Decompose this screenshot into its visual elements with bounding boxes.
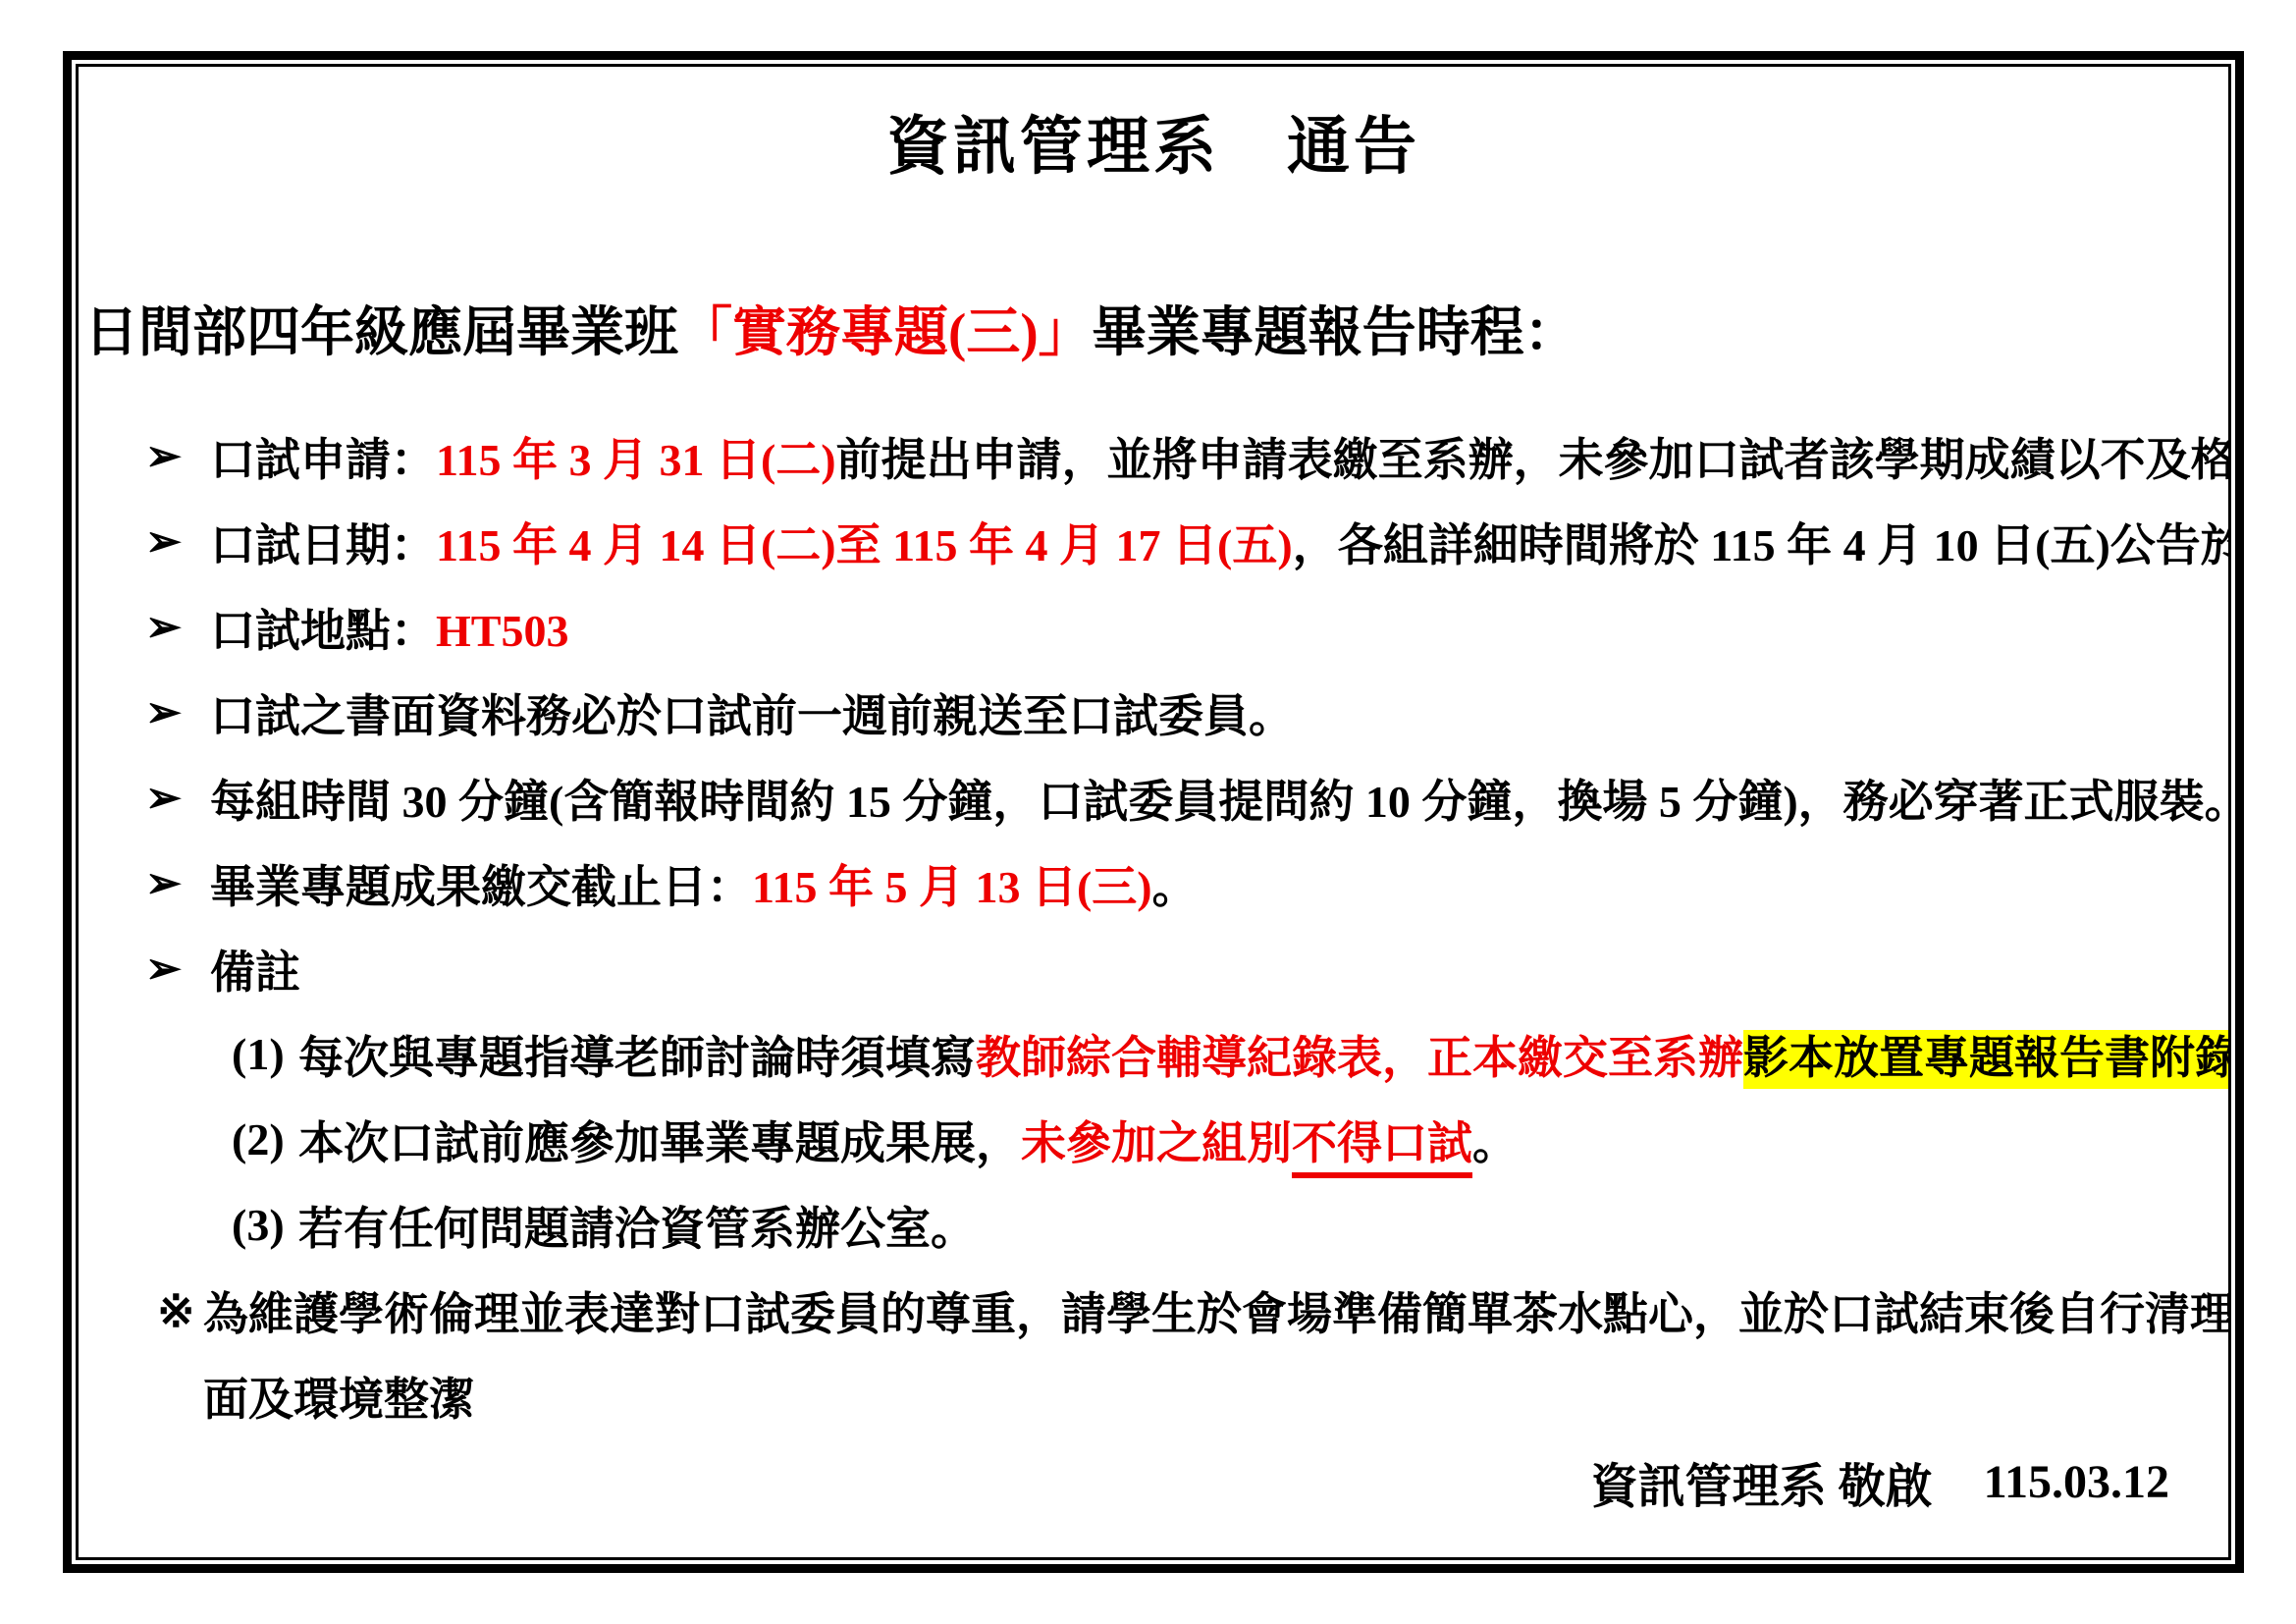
- notice-inner-border: 資訊管理系 通告 日間部四年級應屆畢業班「實務專題(三)」畢業專題報告時程： ➢…: [76, 64, 2231, 1560]
- bullet-list: ➢ 口試申請：115 年 3 月 31 日(二)前提出申請，並將申請表繳至系辦，…: [82, 413, 2224, 1525]
- note-number: (1): [232, 1028, 298, 1080]
- date-segment: 115 年 5 月 13 日(三): [752, 862, 1152, 912]
- footnote-text: 為維護學術倫理並表達對口試委員的尊重，請學生於會場準備簡單茶水點心，並於口試結束…: [203, 1278, 2231, 1343]
- text-segment: 前提出申請，並將申請表繳至系辦，未參加口試者該學期成績以不及格論。: [836, 435, 2231, 485]
- text-segment: 口試地點：: [210, 606, 436, 656]
- bullet-oral-date: ➢ 口試日期：115 年 4 月 14 日(二)至 115 年 4 月 17 日…: [82, 499, 2224, 584]
- bullet-written-materials: ➢ 口試之書面資料務必於口試前一週前親送至口試委員。: [82, 670, 2224, 755]
- bullet-arrow-icon: ➢: [145, 431, 210, 481]
- text-segment: 。: [1472, 1118, 1518, 1168]
- red-segment: 未參加之組別: [1021, 1118, 1292, 1168]
- note-item-3: (3) 若有任何問題請洽資管系辦公室。: [82, 1182, 2224, 1268]
- heading-prefix: 日間部四年級應屆畢業班: [84, 302, 678, 362]
- bullet-text: 畢業專題成果繳交截止日：115 年 5 月 13 日(三)。: [210, 851, 1198, 916]
- text-segment: 本次口試前應參加畢業專題成果展，: [298, 1118, 1021, 1168]
- bullet-text: 口試地點：HT503: [210, 595, 568, 660]
- note-item-1: (1) 每次與專題指導老師討論時須填寫教師綜合輔導紀錄表，正本繳交至系辦影本放置…: [82, 1011, 2224, 1097]
- date-segment: 115 年 4 月 14 日(二)至 115 年 4 月 17 日(五): [436, 520, 1293, 570]
- text-segment: 口試之書面資料務必於口試前一週前親送至口試委員。: [210, 691, 1294, 741]
- bullet-arrow-icon: ➢: [145, 773, 210, 823]
- note-item-2: (2) 本次口試前應參加畢業專題成果展，未參加之組別不得口試。: [82, 1097, 2224, 1182]
- red-segment: 教師綜合輔導紀錄表，正本繳交至系辦: [976, 1033, 1743, 1083]
- bullet-arrow-icon: ➢: [145, 858, 210, 908]
- note-text: 本次口試前應參加畢業專題成果展，未參加之組別不得口試。: [298, 1108, 1518, 1172]
- page-title: 資訊管理系 通告: [82, 96, 2224, 187]
- bullet-group-time: ➢ 每組時間 30 分鐘(含簡報時間約 15 分鐘，口試委員提問約 10 分鐘，…: [82, 755, 2224, 840]
- reference-mark-icon: ※: [157, 1284, 203, 1337]
- footnote-line-1: ※ 為維護學術倫理並表達對口試委員的尊重，請學生於會場準備簡單茶水點心，並於口試…: [82, 1268, 2224, 1353]
- text-segment: 畢業專題成果繳交截止日：: [210, 862, 752, 912]
- note-number: (3): [232, 1199, 298, 1251]
- date-segment: 115 年 3 月 31 日(二): [436, 435, 836, 485]
- text-segment: 若有任何問題請洽資管系辦公室。: [298, 1204, 976, 1254]
- text-segment: 每次與專題指導老師討論時須填寫: [298, 1033, 976, 1083]
- footer-signature-line: 資訊管理系 敬啟 115.03.12: [82, 1438, 2224, 1525]
- footer-signature: 資訊管理系 敬啟: [1591, 1448, 1933, 1516]
- location-segment: HT503: [436, 606, 568, 656]
- bullet-text: 口試日期：115 年 4 月 14 日(二)至 115 年 4 月 17 日(五…: [210, 510, 2231, 574]
- text-segment: ，各組詳細時間將於 115 年 4 月 10 日(五)公告於系網。: [1293, 520, 2231, 570]
- bullet-arrow-icon: ➢: [145, 516, 210, 567]
- highlight-segment: 影本放置專題報告書附錄之中: [1743, 1030, 2231, 1089]
- text-segment: 每組時間 30 分鐘(含簡報時間約 15 分鐘，口試委員提問約 10 分鐘，換場…: [210, 777, 2231, 827]
- footnote-line-2: 面及環境整潔: [82, 1353, 2224, 1438]
- bullet-arrow-icon: ➢: [145, 602, 210, 652]
- remarks-label: 備註: [210, 947, 300, 998]
- text-segment: 口試申請：: [210, 435, 436, 485]
- text-segment: 。: [1152, 862, 1198, 912]
- heading-suffix: 畢業專題報告時程：: [1093, 302, 1578, 362]
- footer-date: 115.03.12: [1984, 1455, 2169, 1509]
- bullet-oral-application: ➢ 口試申請：115 年 3 月 31 日(二)前提出申請，並將申請表繳至系辦，…: [82, 413, 2224, 499]
- bullet-arrow-icon: ➢: [145, 944, 210, 994]
- note-number: (2): [232, 1113, 298, 1165]
- heading-topic: 「實務專題(三)」: [678, 302, 1093, 362]
- bullet-text: 每組時間 30 分鐘(含簡報時間約 15 分鐘，口試委員提問約 10 分鐘，換場…: [210, 766, 2231, 831]
- bullet-submission-deadline: ➢ 畢業專題成果繳交截止日：115 年 5 月 13 日(三)。: [82, 840, 2224, 926]
- notice-heading: 日間部四年級應屆畢業班「實務專題(三)」畢業專題報告時程：: [82, 289, 2224, 366]
- note-text: 若有任何問題請洽資管系辦公室。: [298, 1193, 976, 1258]
- bullet-text: 口試之書面資料務必於口試前一週前親送至口試委員。: [210, 680, 1294, 745]
- note-text: 每次與專題指導老師討論時須填寫教師綜合輔導紀錄表，正本繳交至系辦影本放置專題報告…: [298, 1022, 2231, 1087]
- notice-outer-border: 資訊管理系 通告 日間部四年級應屆畢業班「實務專題(三)」畢業專題報告時程： ➢…: [63, 51, 2244, 1573]
- bullet-text: 口試申請：115 年 3 月 31 日(二)前提出申請，並將申請表繳至系辦，未參…: [210, 424, 2231, 489]
- bullet-text: 備註: [210, 937, 300, 1001]
- text-segment: 口試日期：: [210, 520, 436, 570]
- bullet-oral-location: ➢ 口試地點：HT503: [82, 584, 2224, 670]
- footnote-text: 面及環境整潔: [203, 1364, 474, 1429]
- bullet-remarks: ➢ 備註: [82, 926, 2224, 1011]
- bullet-arrow-icon: ➢: [145, 687, 210, 737]
- underline-segment: 不得口試: [1292, 1118, 1472, 1178]
